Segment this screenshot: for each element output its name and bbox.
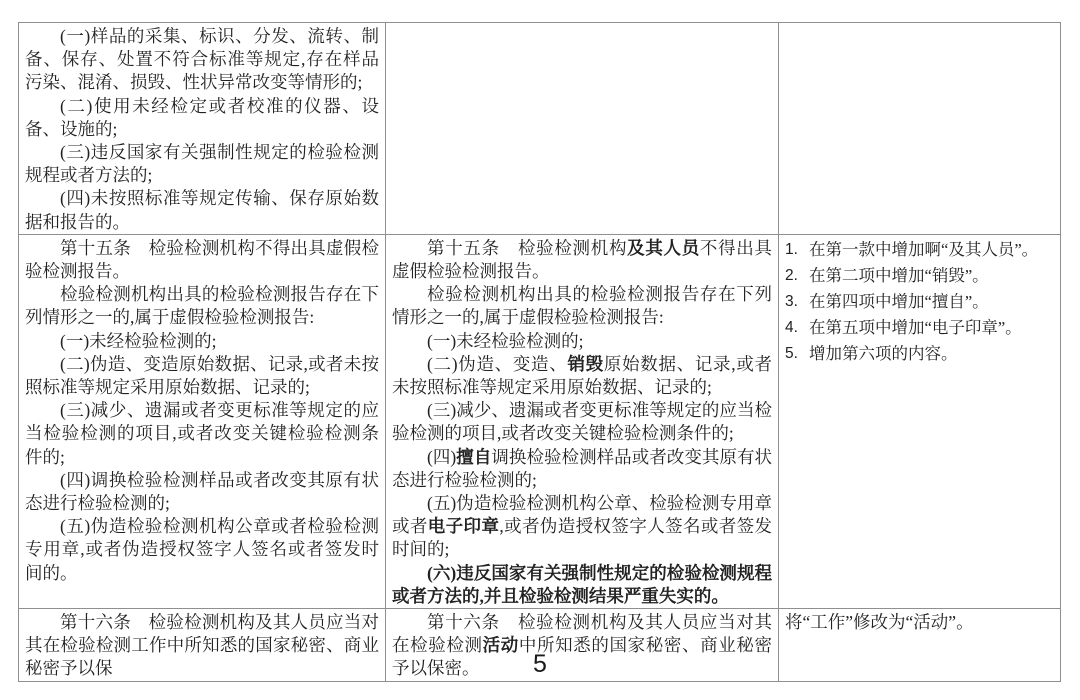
paragraph: 将“工作”修改为“活动”。 — [785, 611, 1054, 634]
paragraph: 第十五条 检验检测机构不得出具虚假检验检测报告。 — [25, 237, 379, 283]
paragraph: (一)未经检验检测的; — [25, 330, 379, 353]
paragraph: (六)违反国家有关强制性规定的检验检测规程或者方法的,并且检验检测结果严重失实的… — [392, 562, 772, 608]
cell-revised-text: 第十五条 检验检测机构及其人员不得出具虚假检验检测报告。检验检测机构出具的检验检… — [386, 234, 779, 608]
list-item-number: 1. — [785, 237, 809, 263]
paragraph: (三)减少、遗漏或者变更标准等规定的应当检验检测的项目,或者改变关键检验检测条件… — [25, 399, 379, 469]
list-item-text: 在第一款中增加啊“及其人员”。 — [809, 237, 1038, 263]
list-item: 1.在第一款中增加啊“及其人员”。 — [785, 237, 1054, 263]
paragraph: 检验检测机构出具的检验检测报告存在下列情形之一的,属于虚假检验检测报告: — [392, 283, 772, 329]
comparison-table: (一)样品的采集、标识、分发、流转、制备、保存、处置不符合标准等规定,存在样品污… — [18, 22, 1061, 682]
paragraph: (二)使用未经检定或者校准的仪器、设备、设施的; — [25, 95, 379, 141]
paragraph: (二)伪造、变造原始数据、记录,或者未按照标准等规定采用原始数据、记录的; — [25, 353, 379, 399]
document-page: (一)样品的采集、标识、分发、流转、制备、保存、处置不符合标准等规定,存在样品污… — [0, 0, 1080, 700]
table-row: 第十五条 检验检测机构不得出具虚假检验检测报告。检验检测机构出具的检验检测报告存… — [19, 234, 1061, 608]
paragraph: (四)调换检验检测样品或者改变其原有状态进行检验检测的; — [25, 469, 379, 515]
paragraph: (二)伪造、变造、销毁原始数据、记录,或者未按照标准等规定采用原始数据、记录的; — [392, 353, 772, 399]
paragraph: (四)未按照标准等规定传输、保存原始数据和报告的。 — [25, 187, 379, 233]
list-item-number: 4. — [785, 315, 809, 341]
table-row: (一)样品的采集、标识、分发、流转、制备、保存、处置不符合标准等规定,存在样品污… — [19, 23, 1061, 235]
list-item: 3.在第四项中增加“擅自”。 — [785, 289, 1054, 315]
cell-original-text: (一)样品的采集、标识、分发、流转、制备、保存、处置不符合标准等规定,存在样品污… — [19, 23, 386, 235]
list-item: 5.增加第六项的内容。 — [785, 341, 1054, 367]
paragraph: (四)擅自调换检验检测样品或者改变其原有状态进行检验检测的; — [392, 446, 772, 492]
paragraph: 第十五条 检验检测机构及其人员不得出具虚假检验检测报告。 — [392, 237, 772, 283]
cell-revised-text — [386, 23, 779, 235]
list-item-text: 在第四项中增加“擅自”。 — [809, 289, 989, 315]
list-item-text: 增加第六项的内容。 — [809, 341, 958, 367]
paragraph: 检验检测机构出具的检验检测报告存在下列情形之一的,属于虚假检验检测报告: — [25, 283, 379, 329]
cell-original-text: 第十五条 检验检测机构不得出具虚假检验检测报告。检验检测机构出具的检验检测报告存… — [19, 234, 386, 608]
cell-revision-notes: 1.在第一款中增加啊“及其人员”。2.在第二项中增加“销毁”。3.在第四项中增加… — [779, 234, 1061, 608]
paragraph: (三)减少、遗漏或者变更标准等规定的应当检验检测的项目,或者改变关键检验检测条件… — [392, 399, 772, 445]
cell-revision-notes — [779, 23, 1061, 235]
list-item: 2.在第二项中增加“销毁”。 — [785, 263, 1054, 289]
list-item-text: 在第二项中增加“销毁”。 — [809, 263, 989, 289]
paragraph: (五)伪造检验检测机构公章、检验检测专用章或者电子印章,或者伪造授权签字人签名或… — [392, 492, 772, 562]
list-item-number: 5. — [785, 341, 809, 367]
table-body: (一)样品的采集、标识、分发、流转、制备、保存、处置不符合标准等规定,存在样品污… — [19, 23, 1061, 682]
list-item-number: 3. — [785, 289, 809, 315]
paragraph: (一)未经检验检测的; — [392, 330, 772, 353]
list-item: 4.在第五项中增加“电子印章”。 — [785, 315, 1054, 341]
list-item-number: 2. — [785, 263, 809, 289]
list-item-text: 在第五项中增加“电子印章”。 — [809, 315, 1022, 341]
paragraph: (五)伪造检验检测机构公章或者检验检测专用章,或者伪造授权签字人签名或者签发时间… — [25, 515, 379, 585]
paragraph: (一)样品的采集、标识、分发、流转、制备、保存、处置不符合标准等规定,存在样品污… — [25, 25, 379, 95]
page-number: 5 — [0, 650, 1080, 679]
paragraph: (三)违反国家有关强制性规定的检验检测规程或者方法的; — [25, 141, 379, 187]
